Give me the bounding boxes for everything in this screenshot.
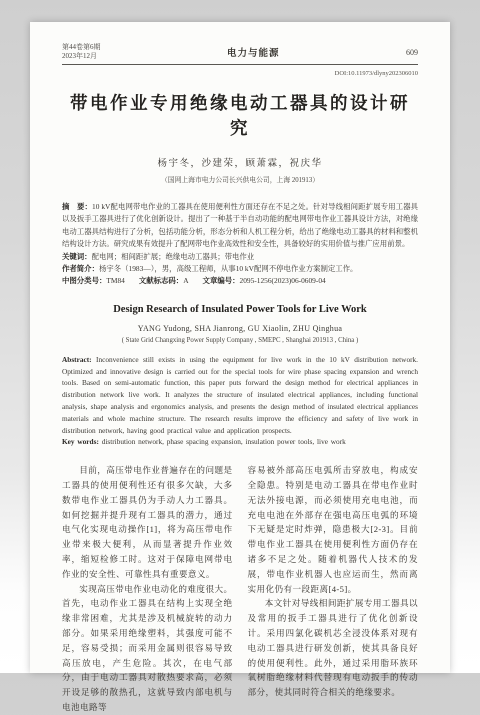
- affiliation-en: ( State Grid Changxing Power Supply Comp…: [62, 337, 418, 344]
- article-title-en: Design Research of Insulated Power Tools…: [62, 304, 418, 315]
- keywords-zh: 关键词：配电网；相间距扩展；绝缘电动工器具；带电作业: [62, 251, 418, 263]
- author-bio-label: 作者简介：: [62, 264, 99, 273]
- abstract-en: Abstract: Inconvenience still exists in …: [62, 354, 418, 437]
- affiliation-zh: （国网上海市电力公司长兴供电公司，上海 201913）: [62, 174, 418, 184]
- abstract-text-zh: 10 kV配电网带电作业的工器具在使用便利性方面还存在不足之处。针对导线相间距扩…: [62, 202, 418, 248]
- doc-code-value: A: [183, 276, 188, 285]
- right-column: 容易被外部高压电弧所击穿放电，构成安全隐患。特别是电动工器具在带电作业时无法外接…: [248, 463, 419, 673]
- journal-name: 电力与能源: [227, 45, 280, 59]
- article-title-zh: 带电作业专用绝缘电动工器具的设计研究: [62, 90, 418, 140]
- journal-date: 2023年12月: [62, 52, 101, 61]
- authors-zh: 杨宇冬，沙建荣，顾萧霖，祝庆华: [62, 155, 418, 169]
- journal-issue-date: 第44卷第6期 2023年12月: [62, 43, 101, 61]
- keywords-label-en: Key words:: [62, 437, 99, 446]
- left-column: 目前，高压带电作业普遍存在的问题是工器具的使用便利性还有很多欠缺，大多数带电作业…: [62, 463, 233, 673]
- abstract-label-zh: 摘 要：: [62, 202, 92, 211]
- doi: DOI:10.11973/dlyny202306010: [62, 70, 418, 77]
- authors-en: YANG Yudong, SHA Jianrong, GU Xiaolin, Z…: [62, 324, 418, 333]
- body-paragraph: 目前，高压带电作业普遍存在的问题是工器具的使用便利性还有很多欠缺，大多数带电作业…: [62, 463, 233, 581]
- abstract-label-en: Abstract:: [62, 355, 92, 364]
- clc-value: TM84: [106, 276, 124, 285]
- abstract-zh: 摘 要：10 kV配电网带电作业的工器具在使用便利性方面还存在不足之处。针对导线…: [62, 201, 418, 251]
- keywords-text-en: distribution network, phase spacing expa…: [102, 437, 346, 446]
- abstract-text-en: Inconvenience still exists in using the …: [62, 355, 418, 435]
- classification-line: 中图分类号：TM84文献标志码：A文章编号：2095-1256(2023)06-…: [62, 275, 418, 287]
- journal-header: 第44卷第6期 2023年12月 电力与能源 609: [62, 43, 418, 65]
- english-meta-block: Abstract: Inconvenience still exists in …: [62, 354, 418, 448]
- body-paragraph: 本文针对导线相间距扩展专用工器具以及常用的扳手工器具进行了优化创新设计。采用四氯…: [248, 596, 419, 673]
- keywords-text-zh: 配电网；相间距扩展；绝缘电动工器具；带电作业: [92, 252, 255, 261]
- body-columns: 目前，高压带电作业普遍存在的问题是工器具的使用便利性还有很多欠缺，大多数带电作业…: [62, 463, 418, 673]
- clc-label: 中图分类号：: [62, 276, 106, 285]
- article-no-label: 文章编号：: [203, 276, 240, 285]
- author-bio-text: 杨宇冬（1983—），男，高级工程师，从事10 kV配网不停电作业方案制定工作。: [99, 264, 357, 273]
- keywords-en: Key words: distribution network, phase s…: [62, 436, 418, 448]
- article-no-value: 2095-1256(2023)06-0609-04: [240, 276, 326, 285]
- doc-code-label: 文献标志码：: [139, 276, 183, 285]
- body-paragraph: 实现高压带电作业电动化的难度很大。首先，电动作业工器具在结构上实现全绝缘非常困难…: [62, 582, 233, 673]
- body-paragraph: 容易被外部高压电弧所击穿放电，构成安全隐患。特别是电动工器具在带电作业时无法外接…: [248, 463, 419, 596]
- author-bio: 作者简介：杨宇冬（1983—），男，高级工程师，从事10 kV配网不停电作业方案…: [62, 263, 418, 275]
- chinese-meta-block: 摘 要：10 kV配电网带电作业的工器具在使用便利性方面还存在不足之处。针对导线…: [62, 201, 418, 288]
- paper-page: 第44卷第6期 2023年12月 电力与能源 609 DOI:10.11973/…: [30, 22, 450, 673]
- page-number: 609: [406, 48, 418, 57]
- journal-volume-issue: 第44卷第6期: [62, 43, 101, 52]
- keywords-label-zh: 关键词：: [62, 252, 92, 261]
